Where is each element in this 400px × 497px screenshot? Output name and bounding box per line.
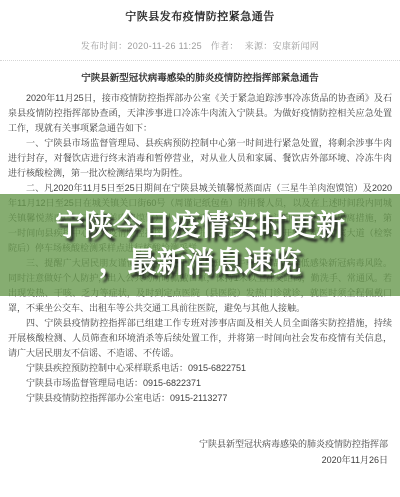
article-header: 宁陕县发布疫情防控紧急通告 发布时间：2020-11-26 11:25 作者：来… [0, 0, 400, 52]
overlay-headline-line1: 宁陕今日疫情实时更新 [55, 208, 345, 245]
document-heading: 宁陕县新型冠状病毒感染的肺炎疫情防控指挥部紧急通告 [8, 71, 392, 86]
page-title: 宁陕县发布疫情防控紧急通告 [0, 8, 400, 24]
paragraph-intro: 2020年11月25日，接市疫情防控指挥部办公室《关于紧急追踪涉事冷冻货品的协查… [8, 91, 392, 136]
contact-line-market-bureau: 宁陕县市场监督管理局电话：0915-6822371 [8, 376, 392, 391]
paragraph-item-1: 一、宁陕县市场监督管理局、县疾病预防控制中心第一时间进行紧急处置，将剩余涉事牛肉… [8, 136, 392, 181]
paragraph-item-4: 四、宁陕县疫情防控指挥部已组建工作专班对涉事店面及相关人员全面落实防控措施，持续… [8, 316, 392, 361]
signature-block: 宁陕县新型冠状病毒感染的肺炎疫情防控指挥部 2020年11月26日 [8, 436, 392, 468]
article-meta: 发布时间：2020-11-26 11:25 作者：来源：安康新闻网 [0, 39, 400, 52]
article-page: 宁陕县发布疫情防控紧急通告 发布时间：2020-11-26 11:25 作者：来… [0, 0, 400, 497]
author-label: 作者： [211, 41, 239, 51]
contact-line-hq-office: 宁陕县疫情防控指挥部办公室电话：0915-2113277 [8, 391, 392, 406]
publish-time: 发布时间：2020-11-26 11:25 [81, 41, 202, 51]
contact-line-cdc: 宁陕县疾控预防控制中心采样联系电话：0915-6822751 [8, 361, 392, 376]
promo-overlay-banner: 宁陕今日疫情实时更新 ，最新消息速览 [0, 194, 400, 296]
signature-date: 2020年11月26日 [8, 452, 388, 468]
signature-org: 宁陕县新型冠状病毒感染的肺炎疫情防控指挥部 [8, 436, 388, 452]
source-label: 来源：安康新闻网 [245, 41, 319, 51]
overlay-headline-line2: ，最新消息速览 [98, 245, 301, 282]
